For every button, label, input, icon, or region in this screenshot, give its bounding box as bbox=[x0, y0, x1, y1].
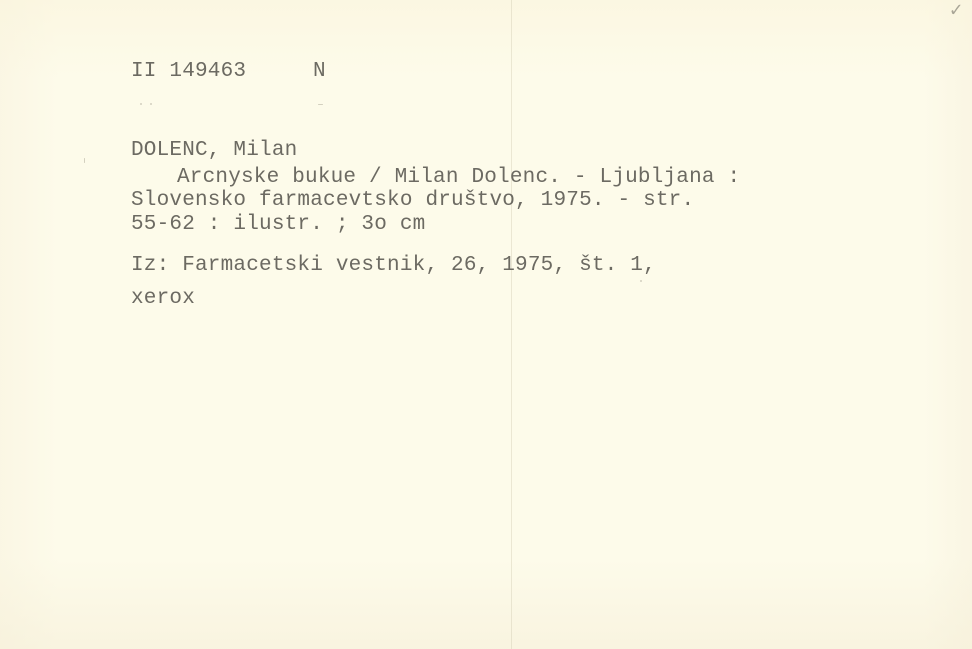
card-fold-line bbox=[511, 0, 512, 649]
paper-speck bbox=[84, 158, 85, 163]
paper-speck bbox=[140, 103, 142, 105]
call-number: II 149463 bbox=[131, 60, 246, 84]
catalog-card: II 149463 N DOLENC, Milan Arcnyske bukue… bbox=[0, 0, 972, 649]
imprint-statement: Slovensko farmacevtsko društvo, 1975. - … bbox=[131, 189, 694, 213]
paper-speck bbox=[318, 104, 323, 105]
title-statement: Arcnyske bukue / Milan Dolenc. - Ljublja… bbox=[177, 166, 740, 190]
call-flag: N bbox=[313, 60, 326, 84]
author-heading: DOLENC, Milan bbox=[131, 139, 297, 163]
physical-description: 55-62 : ilustr. ; 3o cm bbox=[131, 213, 425, 237]
checkmark-icon: ✓ bbox=[950, 2, 970, 24]
paper-speck bbox=[150, 103, 152, 105]
format-note: xerox bbox=[131, 287, 195, 311]
paper-speck bbox=[640, 280, 642, 282]
source-note: Iz: Farmacetski vestnik, 26, 1975, št. 1… bbox=[131, 254, 656, 278]
